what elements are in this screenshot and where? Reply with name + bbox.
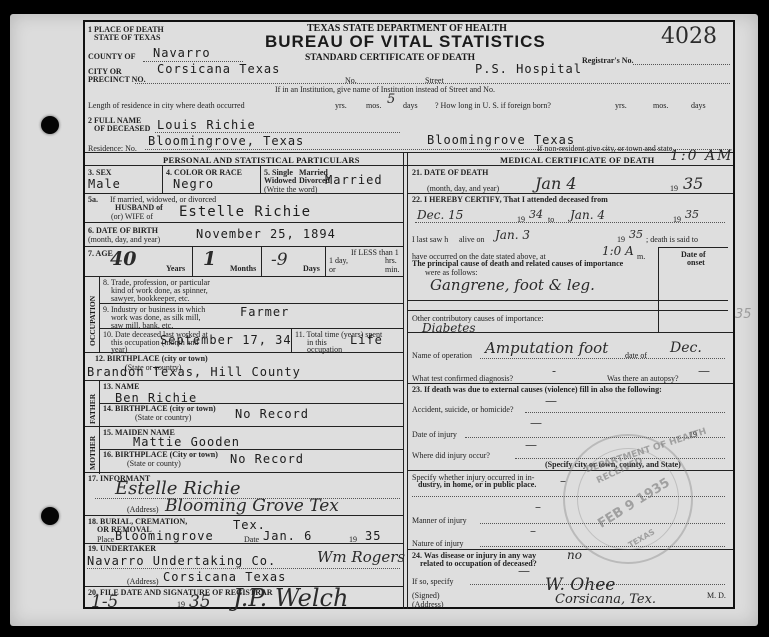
- registrar-no-line: [633, 64, 730, 65]
- attended-to-value: Jan. 4: [570, 208, 605, 222]
- informant-address-value: Blooming Grove Tex: [165, 496, 339, 516]
- state-label: STATE OF TEXAS: [94, 34, 160, 42]
- divider: [85, 380, 403, 381]
- operation-date-value: Dec.: [670, 340, 702, 356]
- dod-value: Jan 4: [535, 174, 577, 193]
- accident-line: [525, 412, 725, 413]
- undertaker-signature: Wm Rogers: [317, 548, 405, 566]
- burial-year-value: 35: [365, 529, 381, 543]
- mother-side-label: MOTHER: [88, 430, 97, 470]
- dod-year-prefix: 19: [670, 184, 678, 193]
- yrs-label: yrs.: [335, 101, 347, 110]
- undertaker-address-label: (Address): [127, 577, 159, 586]
- divider: [85, 165, 733, 166]
- physician-address-label: (Address): [412, 600, 444, 609]
- divider: [407, 300, 728, 301]
- cause-label-1: The principal cause of death and related…: [412, 260, 623, 268]
- divider: [658, 247, 659, 332]
- dod-year-value: 35: [683, 174, 703, 193]
- spouse-label-3: (or) WIFE of: [111, 212, 153, 221]
- name-line: [155, 132, 400, 133]
- registrar-number: 4028: [661, 24, 717, 49]
- age-years-value: 40: [110, 248, 136, 270]
- attended-to-year-value: 35: [685, 208, 699, 221]
- city-value: Corsicana Texas: [157, 62, 280, 76]
- bureau-title: BUREAU OF VITAL STATISTICS: [265, 32, 546, 52]
- industry-value: Farmer: [240, 305, 289, 319]
- less-label-3: or: [329, 265, 336, 274]
- punch-hole-top: [41, 116, 59, 134]
- dod-label: 21. DATE OF DEATH: [412, 169, 488, 177]
- onset-label-2: onset: [687, 259, 705, 267]
- total-time-value: Life: [350, 333, 383, 347]
- institution-value: P.S. Hospital: [475, 62, 582, 76]
- burial-place-value: Bloomingrove: [115, 529, 214, 543]
- institution-note: If in an Institution, give name of Insti…: [275, 85, 495, 94]
- occurred-time-value: 1:0 A: [602, 244, 634, 258]
- mother-name-value: Mattie Gooden: [133, 435, 240, 449]
- age-days-value: -9: [271, 250, 288, 270]
- divider: [325, 246, 326, 276]
- divider: [85, 246, 403, 247]
- divider: [85, 152, 733, 153]
- injury-date-value: —: [530, 416, 542, 430]
- manner-label: Manner of injury: [412, 516, 467, 525]
- attended-from-year-value: 34: [529, 208, 543, 221]
- divider: [261, 246, 262, 276]
- divider: [99, 328, 403, 329]
- foreign-days-label: days: [691, 101, 706, 110]
- spouse-label-2: HUSBAND of: [115, 204, 163, 212]
- undertaker-address-value: Corsicana Texas: [163, 570, 286, 584]
- where-label: Where did injury occur?: [412, 451, 490, 460]
- specify-label-2: dustry, in home, or in public place.: [418, 481, 536, 489]
- test-value: -: [552, 364, 556, 378]
- sex-label: 3. SEX: [88, 169, 112, 177]
- md-label: M. D.: [707, 591, 726, 600]
- file-year-value: 35: [189, 592, 211, 612]
- time-of-death-note: 1:0 AM: [670, 148, 733, 164]
- residence-length-label: Length of residence in city where death …: [88, 101, 245, 110]
- foreign-label: ? How long in U. S. if foreign born?: [435, 101, 551, 110]
- county-label: COUNTY OF: [88, 53, 135, 61]
- birthplace-label: 12. BIRTHPLACE (city or town): [95, 355, 208, 363]
- accident-value: —: [545, 394, 557, 408]
- father-side-label: FATHER: [88, 384, 97, 424]
- mother-birthplace-value: No Record: [230, 452, 304, 466]
- principal-cause-value: Gangrene, foot & leg.: [430, 276, 595, 294]
- less-min-label: min.: [385, 265, 399, 274]
- less-label-2: 1 day,: [329, 256, 348, 265]
- divider: [85, 352, 403, 353]
- divider: [99, 380, 100, 428]
- father-birthplace-value: No Record: [235, 407, 309, 421]
- registrar-no-label: Registrar's No.: [582, 57, 634, 65]
- attended-from-value: Dec. 15: [417, 208, 463, 222]
- divider: [99, 276, 100, 352]
- mos-label: mos.: [366, 101, 381, 110]
- violence-label: 23. If death was due to external causes …: [412, 386, 662, 394]
- divider: [407, 332, 733, 333]
- less-hrs-label: hrs.: [385, 256, 397, 265]
- margin-note: 35: [735, 307, 752, 322]
- last-saw-label-1: I last saw h: [412, 235, 448, 244]
- form-title: STANDARD CERTIFICATE OF DEATH: [305, 53, 475, 63]
- file-date-value: 1-5: [91, 592, 118, 612]
- mos-value: 5: [387, 92, 395, 107]
- certify-label: 22. I HEREBY CERTIFY, That I attended de…: [412, 196, 608, 204]
- divider: [99, 426, 100, 474]
- residence-line: [145, 149, 730, 150]
- occupation-related-value: no: [567, 548, 582, 562]
- marital-label-widowed: Widowed: [264, 177, 296, 185]
- divider: [85, 222, 403, 223]
- accident-label: Accident, suicide, or homicide?: [412, 405, 514, 414]
- burial-date-value: Jan. 6: [263, 529, 312, 543]
- manner-value: –: [535, 500, 541, 514]
- m-label: m.: [637, 252, 645, 261]
- city-line: [135, 83, 730, 84]
- if-so-value: —: [518, 564, 530, 578]
- injury-date-label: Date of injury: [412, 430, 457, 439]
- sex-value: Male: [88, 177, 121, 191]
- death-certificate-form: 1 PLACE OF DEATH STATE OF TEXAS TEXAS ST…: [83, 20, 735, 609]
- mother-birthplace-sublabel: (State or county): [127, 459, 181, 468]
- father-birthplace-label: 14. BIRTHPLACE (city or town): [103, 405, 216, 413]
- marital-value: Married: [325, 173, 383, 187]
- divider: [85, 276, 403, 277]
- divider: [260, 165, 261, 193]
- spouse-num-label: 5a.: [88, 196, 98, 204]
- days-label: Days: [303, 265, 320, 273]
- file-year-prefix: 19: [177, 600, 185, 609]
- residence-value: Bloomingrove, Texas: [148, 134, 304, 148]
- divider: [658, 247, 728, 248]
- divider: [85, 472, 403, 473]
- dob-label: 6. DATE OF BIRTH: [88, 227, 158, 235]
- occupation-side-label: OCCUPATION: [88, 284, 97, 346]
- medical-section-title: MEDICAL CERTIFICATE OF DEATH: [500, 155, 655, 165]
- birthplace-value: Brandon Texas, Hill County: [87, 365, 301, 379]
- test-label: What test confirmed diagnosis?: [412, 374, 513, 383]
- father-birthplace-sublabel: (State or country): [135, 413, 191, 422]
- divider: [291, 328, 292, 352]
- divider: [85, 426, 403, 427]
- last-saw-year-prefix: 19: [617, 235, 625, 244]
- spouse-value: Estelle Richie: [179, 204, 311, 220]
- dod-sublabel: (month, day, and year): [427, 184, 499, 193]
- age-months-value: 1: [203, 248, 216, 270]
- where-value: —: [525, 438, 537, 452]
- father-name-label: 13. NAME: [103, 383, 139, 391]
- race-label: 4. COLOR OR RACE: [166, 169, 242, 177]
- last-worked-value: September 17, 34: [160, 333, 292, 347]
- personal-section-title: PERSONAL AND STATISTICAL PARTICULARS: [163, 155, 360, 165]
- attended-line: [415, 222, 725, 223]
- column-divider: [407, 152, 408, 609]
- foreign-yrs-label: yrs.: [615, 101, 627, 110]
- punch-hole-bottom: [41, 507, 59, 525]
- last-saw-label-2: alive on: [459, 235, 485, 244]
- if-so-label: If so, specify: [412, 577, 454, 586]
- nature-value: –: [530, 524, 536, 538]
- divider: [162, 165, 163, 193]
- divider: [407, 383, 733, 384]
- race-value: Negro: [173, 177, 214, 191]
- divider: [407, 193, 733, 194]
- undertaker-value: Navarro Undertaking Co.: [87, 554, 276, 568]
- operation-value: Amputation foot: [485, 339, 608, 357]
- operation-line: [480, 358, 725, 359]
- last-saw-value: Jan. 3: [495, 228, 530, 242]
- months-label: Months: [230, 265, 256, 273]
- trade-label-3: sawyer, bookkeeper, etc.: [111, 294, 190, 303]
- undertaker-label: 19. UNDERTAKER: [88, 545, 156, 553]
- divider: [99, 303, 403, 304]
- of-deceased-label: OF DECEASED: [94, 125, 150, 133]
- divider: [407, 310, 728, 311]
- days-label: days: [403, 101, 418, 110]
- physician-address-value: Corsicana, Tex.: [555, 592, 656, 607]
- last-saw-year-value: 35: [629, 228, 643, 241]
- dob-value: November 25, 1894: [196, 227, 336, 241]
- operation-label: Name of operation: [412, 351, 472, 360]
- divider: [85, 515, 403, 516]
- column-divider: [403, 152, 404, 609]
- divider: [85, 193, 403, 194]
- registrar-signature: J.P. Welch: [233, 584, 348, 612]
- foreign-mos-label: mos.: [653, 101, 668, 110]
- dob-sublabel: (month, day, and year): [88, 235, 160, 244]
- signed-label: (Signed): [412, 591, 440, 600]
- received-stamp: DEPARTMENT OF HEALTH RECEIVED FEB 9 1935…: [563, 434, 693, 564]
- divider: [192, 246, 193, 276]
- mother-birthplace-label: 16. BIRTHPLACE (City or town): [103, 451, 218, 459]
- autopsy-value: —: [698, 364, 710, 378]
- county-value: Navarro: [153, 46, 211, 60]
- deceased-name: Louis Richie: [157, 118, 256, 132]
- undertaker-line: [87, 568, 400, 569]
- years-label: Years: [166, 265, 185, 273]
- nature-label: Nature of injury: [412, 539, 464, 548]
- informant-address-label: (Address): [127, 505, 159, 514]
- burial-state-value: Tex.: [233, 518, 266, 532]
- autopsy-label: Was there an autopsy?: [607, 374, 679, 383]
- last-saw-label-3: ; death is said to: [646, 235, 698, 244]
